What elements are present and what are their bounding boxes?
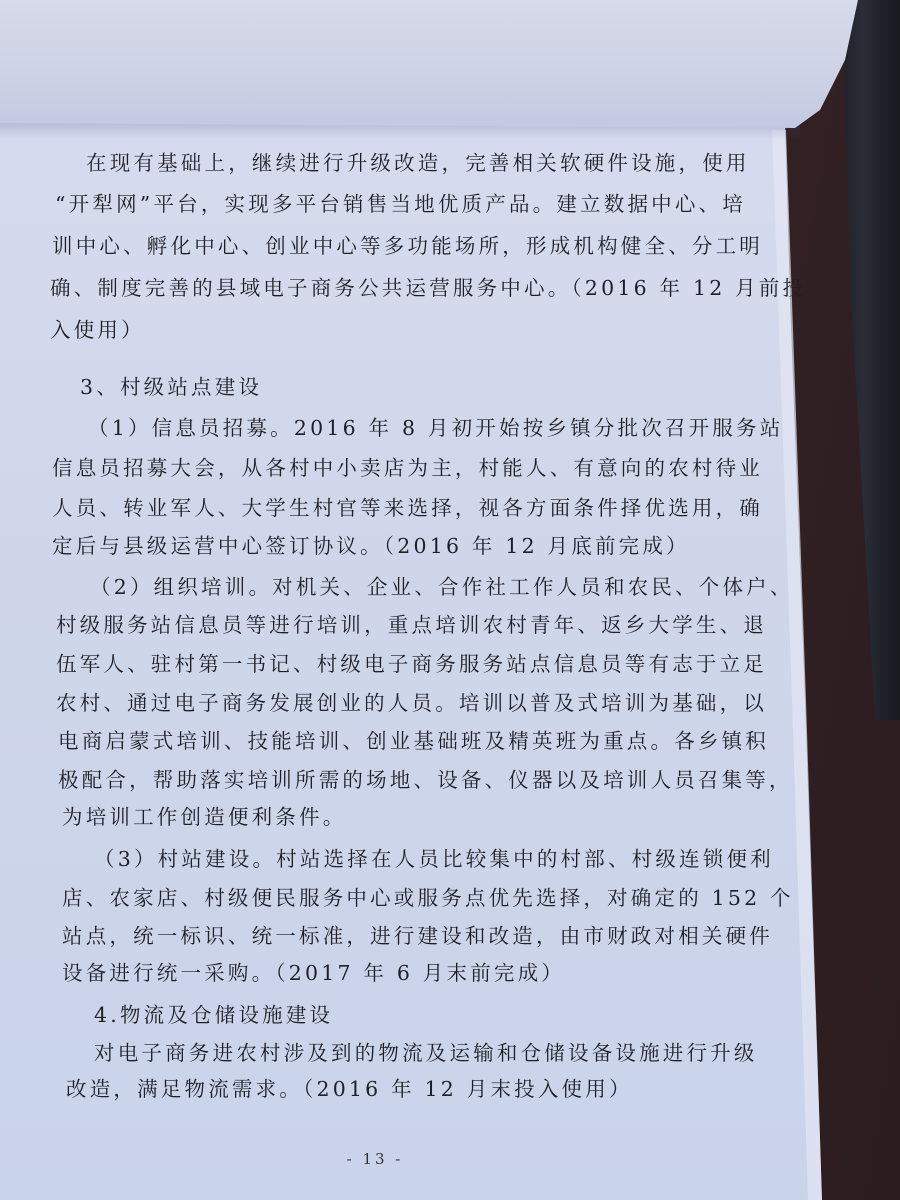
paragraph-line: 改造，满足物流需求。（2016 年 12 月末投入使用） <box>66 1076 633 1102</box>
document-body: 在现有基础上，继续进行升级改造，完善相关软硬件设施，使用 “开犁网”平台，实现多… <box>0 0 900 1200</box>
paragraph-line: （1）信息员招募。2016 年 8 月初开始按乡镇分批次召开服务站 <box>88 415 783 441</box>
paragraph-line: 为培训工作创造便利条件。 <box>62 804 346 830</box>
paragraph-line: 在现有基础上，继续进行升级改造，完善相关软硬件设施，使用 <box>86 150 750 176</box>
paragraph-line: 确、制度完善的县域电子商务公共运营服务中心。（2016 年 12 月前投 <box>50 275 806 301</box>
paragraph-line: 人员、转业军人、大学生村官等来选择，视各方面条件择优选用，确 <box>52 495 763 521</box>
section-heading: 4.物流及仓储设施建设 <box>94 1002 333 1028</box>
paragraph-line: （2）组织培训。对机关、企业、合作社工作人员和农民、个体户、 <box>90 574 794 600</box>
paragraph-line: 定后与县级运营中心签订协议。（2016 年 12 月底前完成） <box>52 533 690 559</box>
paragraph-line: 入使用） <box>50 317 145 343</box>
paragraph-line: （3）村站建设。村站选择在人员比较集中的村部、村级连锁便利 <box>94 846 774 872</box>
paragraph-line: 信息员招募大会，从各村中小卖店为主，村能人、有意向的农村待业 <box>52 455 763 481</box>
paragraph-line: 店、农家店、村级便民服务中心或服务点优先选择，对确定的 152 个 <box>62 885 794 911</box>
section-heading: 3、村级站点建设 <box>80 374 262 400</box>
paragraph-line: 电商启蒙式培训、技能培训、创业基础班及精英班为重点。各乡镇积 <box>58 728 769 754</box>
paragraph-line: 极配合，帮助落实培训所需的场地、设备、仪器以及培训人员召集等， <box>58 767 793 793</box>
page-number: - 13 - <box>0 1150 750 1168</box>
paragraph-line: 设备进行统一采购。（2017 年 6 月末前完成） <box>62 960 565 986</box>
paragraph-line: 站点，统一标识、统一标准，进行建设和改造，由市财政对相关硬件 <box>62 923 773 949</box>
paragraph-line: 训中心、孵化中心、创业中心等多功能场所，形成机构健全、分工明 <box>52 233 763 259</box>
paragraph-line: 村级服务站信息员等进行培训，重点培训农村青年、返乡大学生、退 <box>56 612 767 638</box>
paragraph-line: 对电子商务进农村涉及到的物流及运输和仓储设备设施进行升级 <box>94 1040 758 1066</box>
paragraph-line: 伍军人、驻村第一书记、村级电子商务服务站点信息员等有志于立足 <box>56 651 767 677</box>
paragraph-line: 农村、通过电子商务发展创业的人员。培训以普及式培训为基础，以 <box>56 690 767 716</box>
paragraph-line: “开犁网”平台，实现多平台销售当地优质产品。建立数据中心、培 <box>55 191 746 217</box>
